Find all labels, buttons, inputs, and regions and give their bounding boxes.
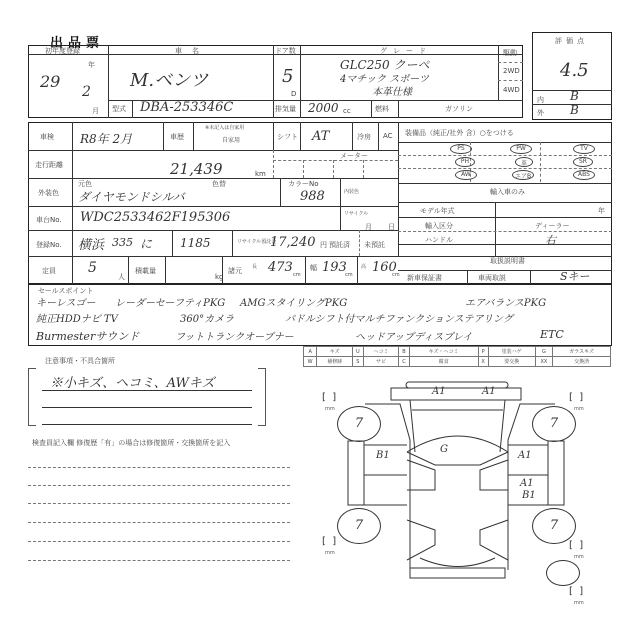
score-label: 評価点 (555, 36, 588, 46)
car-name-value: M.ベンツ (130, 66, 208, 92)
notes-value: ※小キズ、ヘコミ、AWキズ (50, 372, 215, 391)
inspector-label: 検査員記入欄 修復歴「有」の場合は修復箇所・交換箇所を記入 (32, 438, 230, 448)
load-label: 積載量 (135, 266, 156, 276)
doors-value: 5 (282, 66, 293, 87)
accessories-label: 取扱説明書 (490, 256, 525, 266)
inspection-label: 車検 (40, 132, 54, 142)
history-note: ※未記入は自家用 (205, 124, 244, 131)
sales-point-3: AMGスタイリングPKG (240, 294, 347, 309)
ac-value: AC (383, 132, 393, 140)
notes-label: 注意事項・不具合箇所 (45, 356, 115, 366)
sales-point-6: 360°カメラ (180, 310, 234, 325)
mileage-label: 走行距離 (35, 160, 63, 170)
registration-number: 1185 (180, 236, 211, 250)
registration-label: 登録No. (36, 240, 62, 250)
equipment-pw: PW (510, 144, 532, 154)
exterior-grade: B (570, 103, 579, 117)
tire-rear-right: 7 (532, 508, 576, 544)
sales-point-2: レーダーセーフティPKG (115, 294, 225, 309)
import-type-value: ディーラー (535, 221, 569, 231)
model-code-value: DBA-253346C (140, 100, 233, 115)
ac-label: 冷房 (357, 132, 371, 142)
spare-tire (546, 560, 580, 586)
equipment-aw: AW (455, 170, 477, 180)
registration-region: 横浜 (78, 234, 104, 253)
sales-point-4: エアバランスPKG (465, 294, 546, 309)
equipment-tv: TV (573, 144, 595, 154)
registration-class: 335 (112, 236, 133, 249)
doors-label: ドア数 (275, 46, 296, 56)
first-registration-month: 2 (82, 84, 91, 100)
sales-point-5: 純正HDDナビ TV (36, 310, 118, 325)
handle-value: 右 (545, 232, 556, 248)
history-label: 車歴 (170, 132, 184, 142)
tire-front-left: 7 (337, 406, 381, 442)
color-value: ダイヤモンドシルバ (78, 188, 185, 205)
keys-value: Sキー (560, 268, 590, 284)
capacity-label: 定員 (42, 266, 56, 276)
tire-front-right: 7 (532, 406, 576, 442)
car-name-label: 車名 (175, 46, 209, 56)
sales-point-11: ETC (540, 328, 564, 341)
capacity-value: 5 (88, 260, 97, 276)
model-code-label: 型式 (112, 104, 126, 114)
equipment-sr: SR (573, 157, 593, 167)
recycle-fee-value: 17,240 (270, 235, 316, 250)
import-only-label: 輸入車のみ (490, 187, 525, 197)
width-value: 193 (322, 260, 347, 275)
score-value: 4.5 (560, 60, 589, 81)
displacement-label: 排気量 (275, 104, 296, 114)
sales-point-1: キーレスゴー (36, 294, 96, 309)
sales-point-7: パドルシフト付マルチファンクションステアリング (285, 310, 513, 325)
first-registration-label: 初年度登録 (45, 46, 80, 56)
equipment-ps: PS (450, 144, 472, 154)
drive-2wd: 2WD (503, 67, 520, 75)
shift-value: AT (312, 129, 329, 144)
sales-point-10: ヘッドアップディスプレイ (355, 328, 472, 343)
drive-label: 駆動 (503, 48, 517, 58)
displacement-value: 2000 (308, 101, 339, 115)
shift-label: シフト (277, 132, 298, 142)
sales-point-8: Burmesterサウンド (36, 328, 139, 344)
fuel-value: ガソリン (445, 104, 473, 114)
first-registration-year: 29 (40, 72, 60, 91)
equipment-abs: ABS (573, 170, 595, 180)
equipment-airbag: エアB (512, 170, 534, 180)
mileage-value: 21,439 (170, 160, 223, 178)
equipment-leather: 革 (515, 157, 533, 167)
drive-4wd: 4WD (503, 86, 520, 94)
chassis-value: WDC2533462F195306 (80, 210, 230, 225)
grade-label: グレード (380, 46, 432, 56)
fuel-label: 燃料 (375, 104, 389, 114)
equipment-ph: PH (455, 157, 475, 167)
tire-rear-left: 7 (337, 508, 381, 544)
color-label: 外装色 (38, 188, 59, 198)
length-value: 473 (268, 260, 293, 275)
grade-line3: 本革仕様 (372, 83, 412, 98)
history-sub: 自家用 (222, 135, 240, 144)
chassis-label: 車台No. (36, 215, 62, 225)
color-number: 988 (300, 189, 325, 204)
equipment-label: 装備品（純正/社外 含）○をつける (405, 128, 514, 138)
inspection-value: R8年 2月 (80, 130, 132, 147)
registration-kana: に (140, 235, 152, 252)
dimensions-label: 諸元 (228, 266, 242, 276)
interior-grade: B (570, 89, 579, 103)
sales-point-9: フットトランクオープナー (175, 328, 294, 343)
damage-legend: Aキズ Uヘコミ Bキズ・ヘコミ P塗装ハゲ Gガラスキズ W補修跡 Sサビ C… (303, 346, 611, 367)
